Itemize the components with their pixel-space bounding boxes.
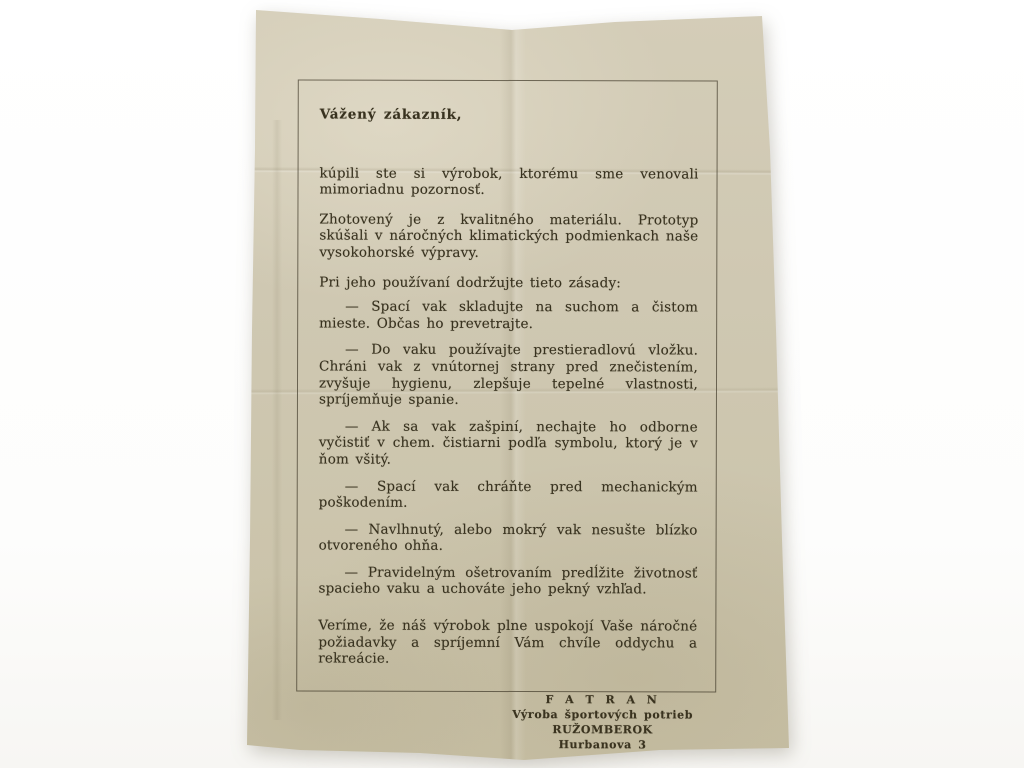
rule-item: — Do vaku používajte prestieradlovú vlož… bbox=[319, 342, 698, 409]
photo-background: Vážený zákazník, kúpili ste si výrobok, … bbox=[0, 0, 1024, 768]
company-city: RUŽOMBEROK bbox=[500, 722, 705, 738]
leaflet-text-block: Vážený zákazník, kúpili ste si výrobok, … bbox=[297, 80, 717, 691]
rule-item: — Navlhnutý, alebo mokrý vak nesušte blí… bbox=[319, 521, 698, 555]
rules-list: — Spací vak skladujte na suchom a čistom… bbox=[318, 299, 698, 599]
closing-paragraph: Veríme, že náš výrobok plne uspokojí Vaš… bbox=[318, 618, 697, 669]
intro-paragraph: Zhotovený je z kvalitného materiálu. Pro… bbox=[319, 211, 698, 262]
company-department: Výroba športových potrieb bbox=[500, 707, 705, 723]
company-address: Hurbanova 3 bbox=[500, 737, 705, 753]
paper-shadow: Vážený zákazník, kúpili ste si výrobok, … bbox=[0, 0, 1024, 768]
rule-item: — Pravidelným ošetrovaním predĺžite živo… bbox=[318, 564, 697, 598]
rules-intro: Pri jeho používaní dodržujte tieto zásad… bbox=[319, 274, 698, 292]
rule-item: — Spací vak chráňte pred mechanickým poš… bbox=[319, 478, 698, 512]
paper-leaflet: Vážený zákazník, kúpili ste si výrobok, … bbox=[0, 0, 1024, 768]
rule-item: — Spací vak skladujte na suchom a čistom… bbox=[319, 299, 698, 333]
salutation: Vážený zákazník, bbox=[320, 107, 699, 125]
company-name: F A T R A N bbox=[500, 692, 705, 708]
rule-item: — Ak sa vak zašpiní, nechajte ho odborne… bbox=[319, 418, 698, 469]
intro-paragraph: kúpili ste si výrobok, ktorému sme venov… bbox=[319, 165, 698, 199]
signature-block: F A T R A N Výroba športových potrieb RU… bbox=[500, 692, 705, 753]
fold-crease-left bbox=[272, 120, 282, 720]
printed-border-frame: Vážený zákazník, kúpili ste si výrobok, … bbox=[296, 79, 718, 692]
